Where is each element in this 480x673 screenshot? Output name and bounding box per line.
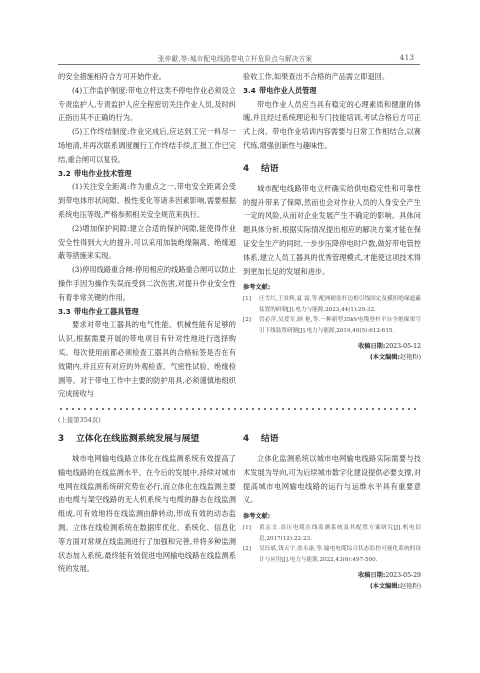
references-title: 参考文献: <box>243 282 421 294</box>
received-date: 收稿日期:2023-05-29 <box>243 570 421 581</box>
paragraph: 要求对带电工器具的电气性能、机械性能有足够的认识,根据需要开展的带电项目有针对性… <box>58 318 236 401</box>
reference-item: [1]汪雪红,王景辉,夏 霜,等.配网耐张杆边相引线固定及横担绝缘遮蔽装置的研制… <box>243 294 421 315</box>
page-number: 413 <box>400 53 414 62</box>
received-date: 收稿日期:2023-05-12 <box>243 341 421 352</box>
paragraph: 城市配电线路带电立杆确实给供电稳定性和可靠性的提升带来了保障,然而也会对作业人员… <box>243 182 421 279</box>
section-heading-3-4: 3.4带电作业人员管理 <box>243 84 421 98</box>
continued-from-note: (上接第354页) <box>58 415 101 424</box>
upper-left-column: 的安全措施相符合方可开始作业。 (4)工作监护制度:带电立杆这类不停电作业必须设… <box>58 70 236 401</box>
references-title: 参考文献: <box>243 511 421 523</box>
paragraph: 的安全措施相符合方可开始作业。 <box>58 70 236 84</box>
paragraph: (3)停用线路重合闸:停用相应的线路重合闸可以防止操作手因为操作失误而受到二次伤… <box>58 263 236 304</box>
running-title: 张仲獻,等:城市配电线路带电立杆危险点与解决方案 <box>158 53 312 63</box>
upper-right-column: 验收工作,如果查出不合格的产品需立即退回。 3.4带电作业人员管理 带电作业人员… <box>243 70 421 363</box>
dotted-separator <box>58 408 420 410</box>
section-heading-3-3: 3.3带电作业工器具管理 <box>58 305 236 319</box>
paragraph: (4)工作监护制度:带电立杆这类不停电作业必须设立专责监护人,专责监护人应全程密… <box>58 84 236 125</box>
paragraph: (5)工作终结制度:作业完成后,应达到工完一料尽一场地清,并再次联系调度履行工作… <box>58 125 236 166</box>
section-heading-3: 3立体化在线监测系统发展与展望 <box>58 432 236 446</box>
running-header: 张仲獻,等:城市配电线路带电立杆危险点与解决方案 413 <box>58 50 420 65</box>
paragraph: 带电作业人员应当具有稳定的心理素质和健康的体魄,并且经过系统理论和专门技能培训,… <box>243 98 421 153</box>
section-heading-4-lower: 4结语 <box>243 432 421 446</box>
reference-item: [2]吴钰斌,钱天宇,张永康,等.输电电缆综合状态监控可视化系统的设计与应用[J… <box>243 544 421 565</box>
section-heading-3-2: 3.2带电作业技术管理 <box>58 167 236 181</box>
paragraph: 验收工作,如果查出不合格的产品需立即退回。 <box>243 70 421 84</box>
paragraph: 立体化监测系统以城市电网输电线路实际需要与技术发展为导向,可为后续城市数字化建设… <box>243 452 421 507</box>
lower-left-column: 3立体化在线监测系统发展与展望 城市电网输电线路立体化在线监测系统有效提高了输电… <box>58 432 236 576</box>
paragraph: (2)增加保护间隙:建立合适的保护间隙,能使得作业安全性得到大大的提升,可以采用… <box>58 222 236 263</box>
editor-note: (本文编辑:赵艳粉) <box>243 581 421 592</box>
paragraph: (1)关注安全距离:作为重点之一,带电安全距离会受到带电体形状间隙、极性变化等诸… <box>58 180 236 221</box>
paragraph: 城市电网输电线路立体化在线监测系统有效提高了输电线路的在线监测水平。在今后的发展… <box>58 452 236 576</box>
lower-right-column: 4结语 立体化监测系统以城市电网输电线路实际需要与技术发展为导向,可为后续城市数… <box>243 432 421 592</box>
editor-note: (本文编辑:赵艳粉) <box>243 352 421 363</box>
reference-item: [1]黄志文.高压电缆在线监测系统及其配置方案研究[J].机电信息,2017(1… <box>243 523 421 544</box>
reference-item: [2]管必萍,吴爱军,顾 艳,等.一种新型35kV电缆登杆平台全绝缘架空引下线装… <box>243 315 421 336</box>
section-heading-4: 4结语 <box>243 162 421 176</box>
